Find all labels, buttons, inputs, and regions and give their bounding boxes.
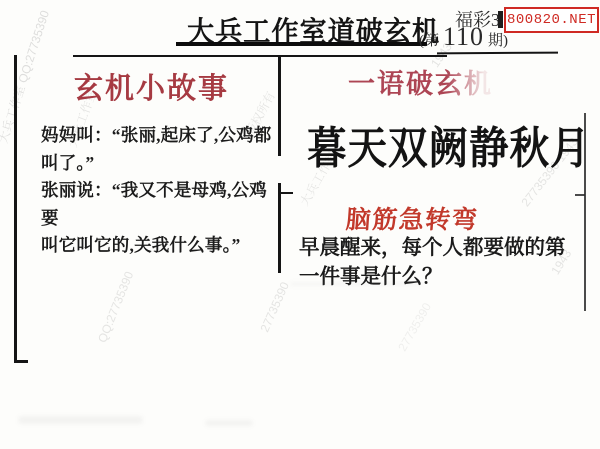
issue-close-bracket: 期) bbox=[488, 33, 508, 49]
story-section-title: 玄机小故事 bbox=[74, 66, 229, 107]
top-rule-right-segment bbox=[437, 52, 558, 55]
hint-section-title: 一语破玄机 bbox=[348, 62, 493, 101]
issue-open-bracket: (第 bbox=[419, 33, 439, 49]
website-url: 800820.NET bbox=[507, 12, 596, 28]
story-text: 妈妈叫：“张丽,起床了,公鸡都 叫了。” 张丽说：“我又不是母鸡,公鸡要 叫它叫… bbox=[41, 122, 281, 260]
issue-number-line: (第 110 期) bbox=[419, 22, 508, 52]
scan-smudge bbox=[205, 420, 253, 426]
scan-smudge bbox=[18, 416, 143, 424]
hint-verse: 暮天双阙静秋月 bbox=[307, 112, 591, 176]
top-rule-left-segment bbox=[73, 55, 447, 57]
scan-smudge bbox=[290, 282, 420, 286]
issue-number: 110 bbox=[443, 22, 484, 51]
column-divider-tick bbox=[280, 192, 293, 194]
website-badge: 800820.NET bbox=[504, 7, 599, 33]
riddle-section-title: 脑筋急转弯 bbox=[345, 200, 480, 236]
left-frame-corner bbox=[14, 360, 28, 363]
watermark-text: QQ:27735390 bbox=[95, 269, 136, 344]
right-frame-tick bbox=[575, 194, 585, 196]
watermark-text: 27735390 bbox=[257, 280, 292, 334]
left-frame-border bbox=[14, 55, 17, 362]
title-underline bbox=[176, 42, 427, 46]
watermark-text: 27735390 bbox=[395, 300, 434, 353]
